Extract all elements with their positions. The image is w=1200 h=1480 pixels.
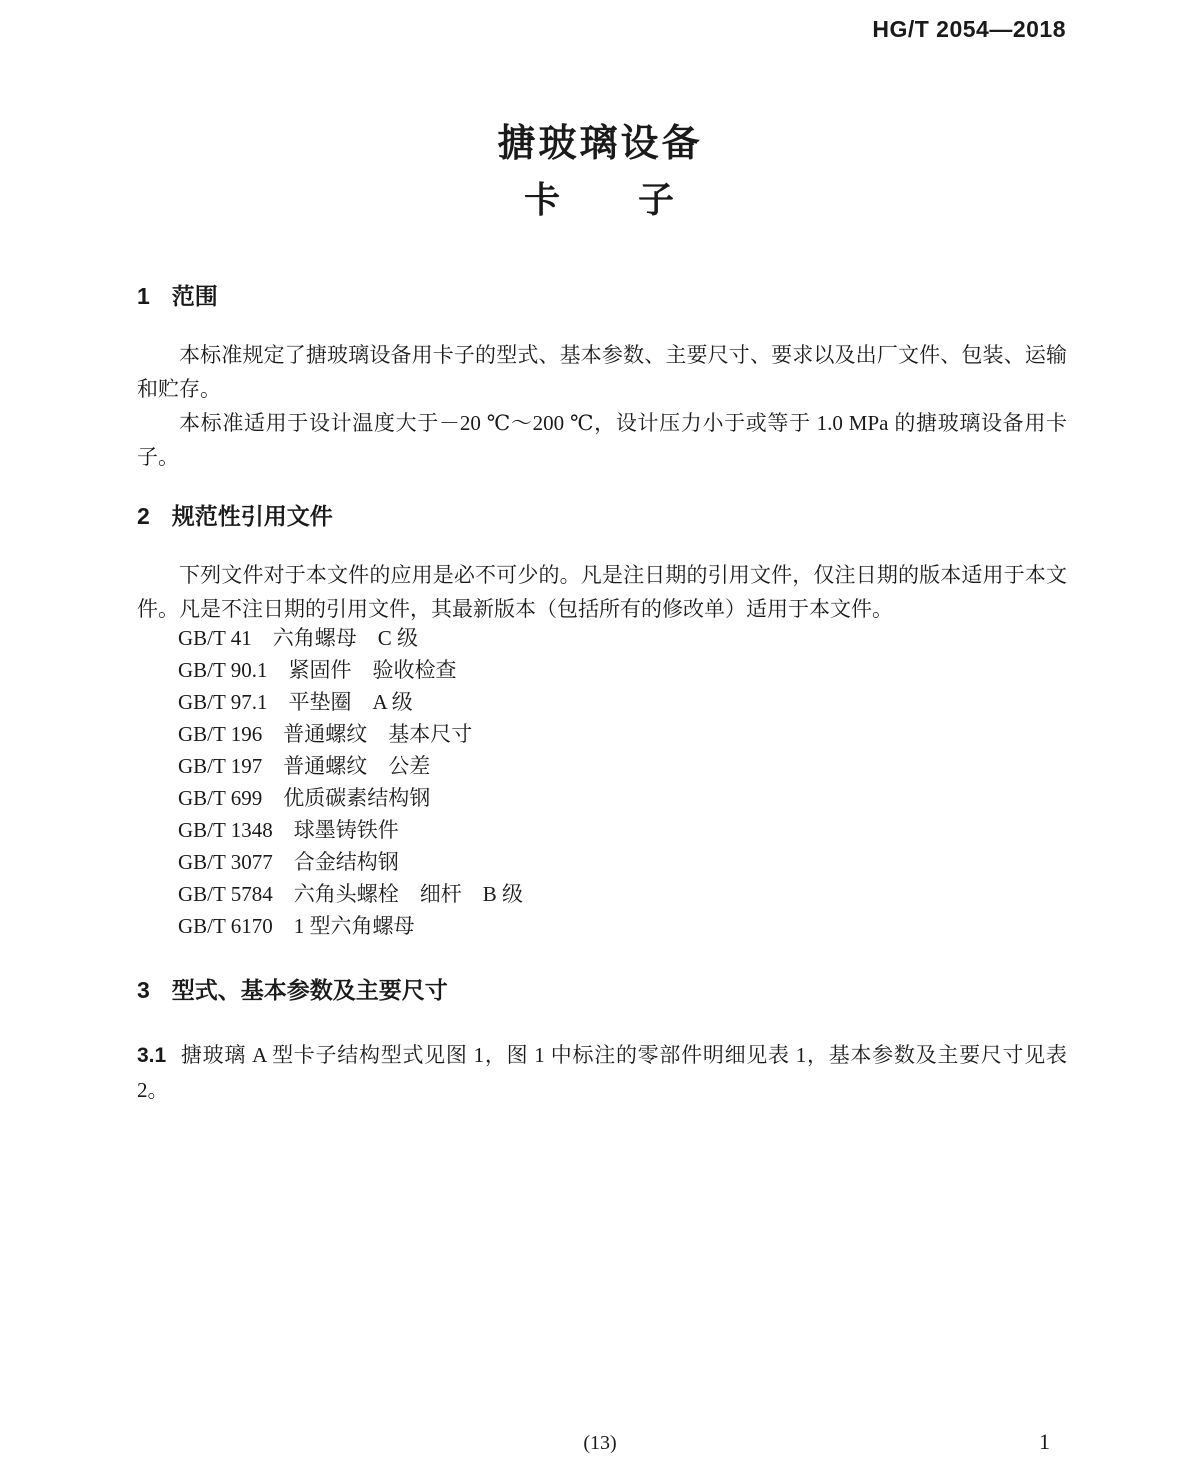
section-1-paragraph-1: 本标准规定了搪玻璃设备用卡子的型式、基本参数、主要尺寸、要求以及出厂文件、包装、… — [137, 338, 1067, 406]
section-1-number: 1 — [137, 283, 150, 310]
reference-item: GB/T 197 普通螺纹 公差 — [178, 750, 1067, 782]
clause-3-1-number: 3.1 — [137, 1044, 166, 1067]
doc-title: 搪玻璃设备 — [0, 112, 1200, 167]
section-2-number: 2 — [137, 503, 150, 530]
reference-item: GB/T 5784 六角头螺栓 细杆 B 级 — [178, 878, 1067, 910]
reference-item: GB/T 699 优质碳素结构钢 — [178, 782, 1067, 814]
reference-item: GB/T 196 普通螺纹 基本尺寸 — [178, 718, 1067, 750]
section-3-title: 型式、基本参数及主要尺寸 — [172, 977, 448, 1003]
section-1-heading: 1范围 — [137, 278, 218, 311]
section-3-heading: 3型式、基本参数及主要尺寸 — [137, 972, 448, 1005]
section-2-heading: 2规范性引用文件 — [137, 498, 333, 531]
doc-subtitle: 卡 子 — [0, 172, 1200, 223]
reference-item: GB/T 90.1 紧固件 验收检查 — [178, 654, 1067, 686]
normative-references-list: GB/T 41 六角螺母 C 级 GB/T 90.1 紧固件 验收检查 GB/T… — [178, 622, 1067, 942]
section-2-title: 规范性引用文件 — [172, 503, 333, 529]
section-2-body: 下列文件对于本文件的应用是必不可少的。凡是注日期的引用文件，仅注日期的版本适用于… — [137, 558, 1067, 626]
page-number: 1 — [1039, 1429, 1050, 1455]
section-2-paragraph-1: 下列文件对于本文件的应用是必不可少的。凡是注日期的引用文件，仅注日期的版本适用于… — [137, 558, 1067, 626]
clause-3-1: 3.1搪玻璃 A 型卡子结构型式见图 1，图 1 中标注的零部件明细见表 1，基… — [137, 1038, 1067, 1107]
reference-item: GB/T 41 六角螺母 C 级 — [178, 622, 1067, 654]
clause-3-1-text: 搪玻璃 A 型卡子结构型式见图 1，图 1 中标注的零部件明细见表 1，基本参数… — [137, 1043, 1067, 1102]
section-3-number: 3 — [137, 977, 150, 1004]
footer-center-text: (13) — [0, 1432, 1200, 1455]
standard-number: HG/T 2054—2018 — [872, 16, 1066, 43]
reference-item: GB/T 97.1 平垫圈 A 级 — [178, 686, 1067, 718]
section-1-paragraph-2: 本标准适用于设计温度大于－20 ℃～200 ℃，设计压力小于或等于 1.0 MP… — [137, 406, 1067, 474]
document-page: HG/T 2054—2018 搪玻璃设备 卡 子 1范围 本标准规定了搪玻璃设备… — [0, 0, 1200, 1480]
reference-item: GB/T 3077 合金结构钢 — [178, 846, 1067, 878]
section-1-body: 本标准规定了搪玻璃设备用卡子的型式、基本参数、主要尺寸、要求以及出厂文件、包装、… — [137, 338, 1067, 474]
reference-item: GB/T 1348 球墨铸铁件 — [178, 814, 1067, 846]
section-1-title: 范围 — [172, 283, 218, 309]
reference-item: GB/T 6170 1 型六角螺母 — [178, 910, 1067, 942]
